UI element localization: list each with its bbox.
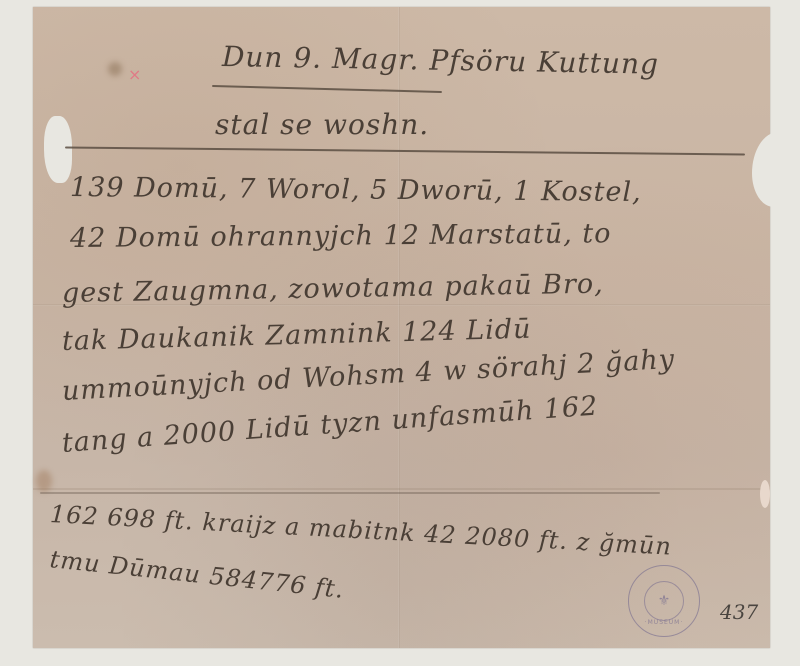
archive-stamp: ⚜ ·MUSEUM· (628, 565, 700, 637)
ink-stain (36, 470, 52, 492)
body-line-2: 42 Domū ohrannyjch 12 Marstatū, to (70, 218, 612, 254)
paper-tear-small (760, 480, 770, 508)
red-x-mark: × (128, 65, 141, 84)
stamp-text: ·MUSEUM· (629, 619, 699, 626)
header-line-2: stal se woshn. (215, 108, 429, 141)
fleur-de-lis-icon: ⚜ (644, 581, 684, 621)
paper-tear-right (752, 132, 800, 207)
paper-tear-left (44, 116, 72, 183)
folio-number: 437 (720, 600, 758, 624)
ink-stain (108, 62, 122, 76)
body-line-1: 139 Domū, 7 Worol, 5 Dworū, 1 Kostel, (70, 172, 642, 208)
strikethrough-rule (40, 492, 660, 494)
paper-fold (33, 488, 770, 490)
